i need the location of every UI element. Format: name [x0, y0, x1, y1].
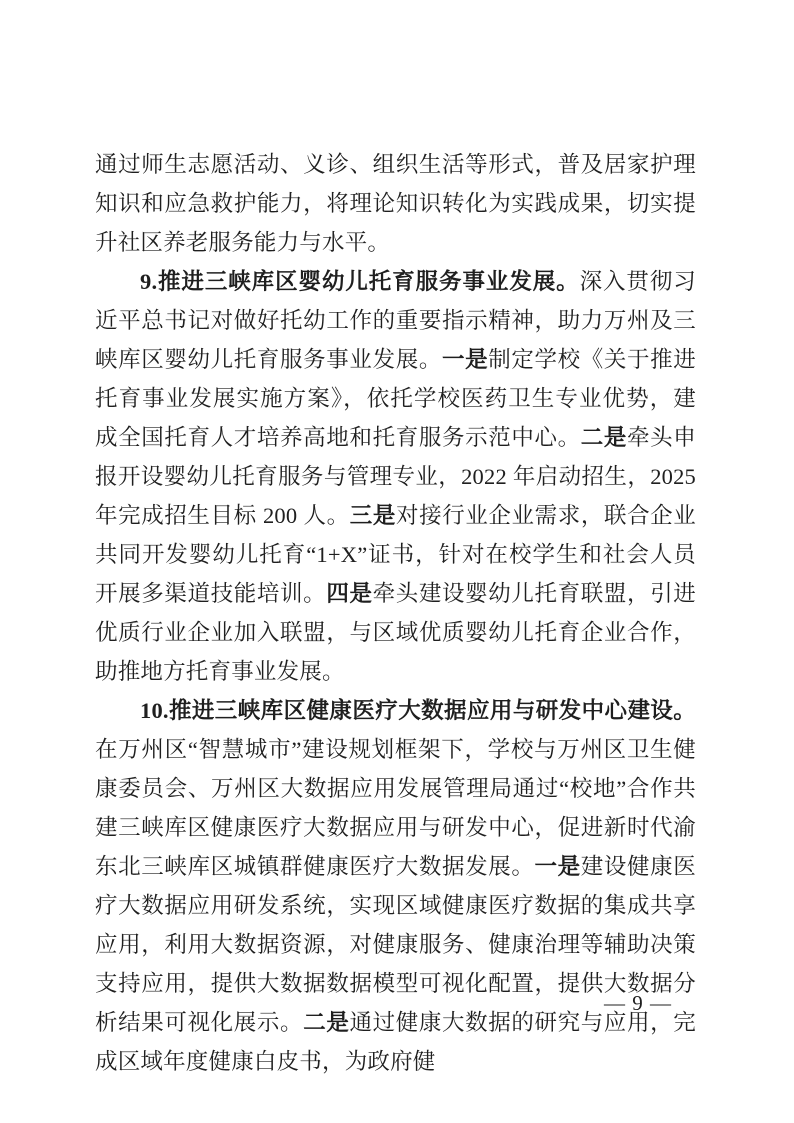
- text-run-emphasis: 9.推进三峡库区婴幼儿托育服务事业发展。: [140, 269, 580, 294]
- text-run: 通过师生志愿活动、义诊、组织生活等形式，普及居家护理知识和应急救护能力，将理论知…: [95, 152, 696, 255]
- text-run-emphasis: 一是: [534, 854, 580, 879]
- text-run-emphasis: 一是: [442, 347, 488, 372]
- text-run-emphasis: 四是: [326, 581, 372, 606]
- paragraph-9: 9.推进三峡库区婴幼儿托育服务事业发展。深入贯彻习近平总书记对做好托幼工作的重要…: [95, 262, 696, 691]
- paragraph-8-continuation: 通过师生志愿活动、义诊、组织生活等形式，普及居家护理知识和应急救护能力，将理论知…: [95, 145, 696, 262]
- text-run-emphasis: 三是: [350, 503, 396, 528]
- text-run-emphasis: 10.推进三峡库区健康医疗大数据应用与研发中心建设。: [140, 698, 696, 723]
- text-run-emphasis: 二是: [581, 425, 627, 450]
- page-number: — 9 —: [0, 988, 672, 1018]
- paragraph-10: 10.推进三峡库区健康医疗大数据应用与研发中心建设。在万州区“智慧城市”建设规划…: [95, 691, 696, 1081]
- document-body: 通过师生志愿活动、义诊、组织生活等形式，普及居家护理知识和应急救护能力，将理论知…: [95, 145, 696, 1081]
